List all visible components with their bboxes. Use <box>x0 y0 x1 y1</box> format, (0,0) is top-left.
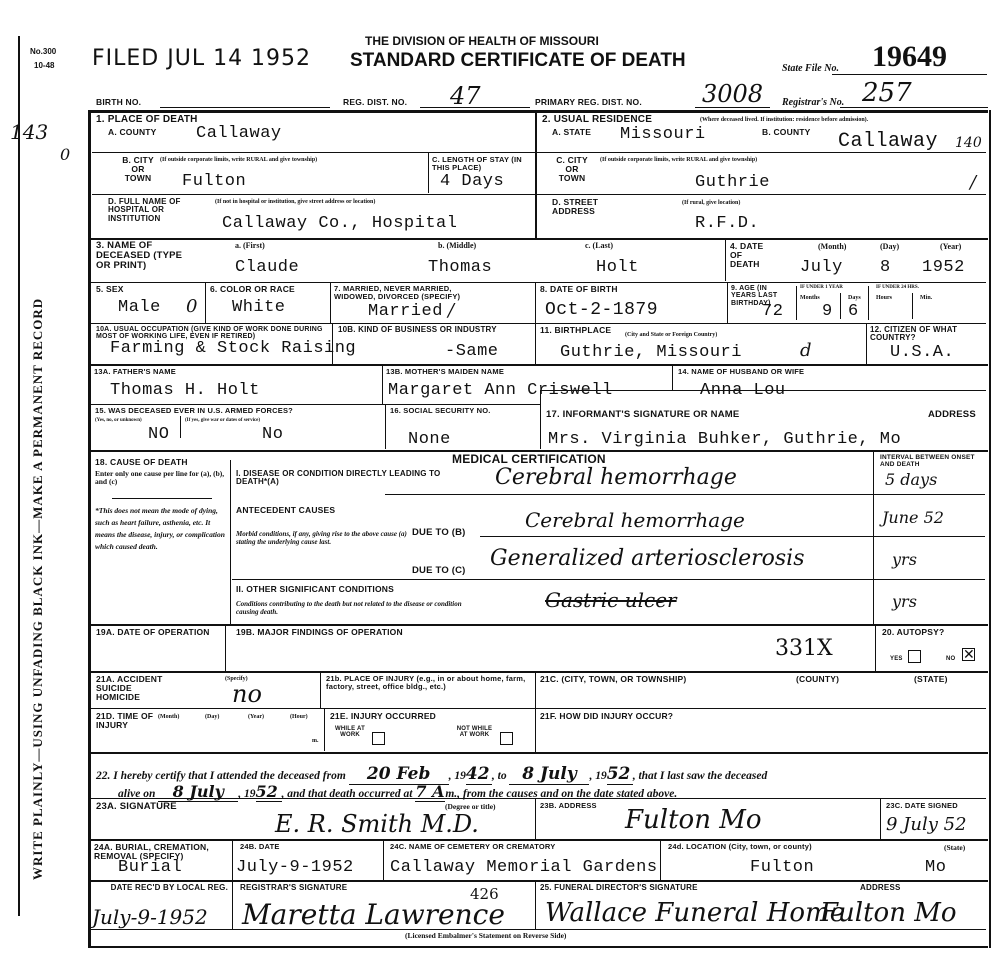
filed-stamp: FILED JUL 14 1952 <box>92 46 311 71</box>
injury-type-label: 21a. ACCIDENT SUICIDE HOMICIDE <box>96 675 168 702</box>
col-divider <box>332 324 333 364</box>
interval-b: June 52 <box>882 508 944 527</box>
autopsy-no-checkbox[interactable]: ✕ <box>962 646 975 664</box>
col-divider <box>725 239 726 281</box>
dod-year-value: 1952 <box>922 258 965 277</box>
col-divider <box>232 840 233 880</box>
col-divider <box>225 625 226 671</box>
col-divider <box>535 881 536 929</box>
autopsy-no-label: NO <box>946 656 955 662</box>
informant-address-label: ADDRESS <box>928 410 976 420</box>
autopsy-yes-label: YES <box>890 656 903 662</box>
interval-a: 5 days <box>885 470 937 489</box>
alive-on-date: 8 July <box>158 782 238 802</box>
state-file-underline <box>832 74 987 75</box>
cemetery-value: Callaway Memorial Gardens <box>390 858 658 877</box>
burial-state-value: Mo <box>925 858 946 877</box>
date-of-death-label: 4. DATE OF DEATH <box>730 242 768 269</box>
rule <box>537 152 986 153</box>
reg-dist-number: 47 <box>450 82 481 110</box>
col-divider <box>230 460 231 625</box>
burial-date-value: July-9-1952 <box>236 858 354 877</box>
rule <box>90 798 986 799</box>
rule <box>90 323 986 324</box>
col-divider <box>382 366 383 404</box>
col-divider <box>727 283 728 323</box>
other-conditions-note: Conditions contributing to the death but… <box>236 600 476 616</box>
rule <box>232 579 480 580</box>
operation-findings-label: 19b. MAJOR FINDINGS OF OPERATION <box>236 628 403 637</box>
state-file-number: 19649 <box>872 40 947 74</box>
spouse-label: 14. NAME OF HUSBAND OR WIFE <box>678 368 804 376</box>
rule <box>92 194 535 195</box>
col-divider <box>383 840 384 880</box>
registrar-signature-label: REGISTRAR'S SIGNATURE <box>240 884 347 892</box>
burial-location-value: Fulton <box>750 858 814 877</box>
burial-date-label: 24b. DATE <box>240 843 280 851</box>
col-divider <box>912 293 913 319</box>
date-received-value: July-9-1952 <box>92 905 208 929</box>
business-value: -Same <box>445 342 499 361</box>
decedent-name-label: 3. NAME OF DECEASED (Type or Print) <box>96 241 186 271</box>
cause-b-value: Cerebral hemorrhage <box>525 508 745 532</box>
rule <box>537 194 986 195</box>
other-conditions-label: II. OTHER SIGNIFICANT CONDITIONS <box>236 585 394 594</box>
injury-how-label: 21f. HOW DID INJURY OCCUR? <box>540 712 673 721</box>
rule <box>88 238 988 240</box>
registrar-signature: Maretta Lawrence <box>242 898 505 931</box>
citizen-value: U.S.A. <box>890 343 954 362</box>
first-name-label: a. (First) <box>235 242 265 251</box>
days-value: 6 <box>848 302 859 321</box>
armed-note-2: (If yes, give war or dates of service) <box>185 418 260 424</box>
burial-location-label: 24d. LOCATION (City, town, or county) <box>668 843 812 851</box>
rule <box>88 839 988 841</box>
certify-text-3: , to <box>492 770 507 782</box>
marital-value: Married <box>368 302 443 321</box>
rule <box>88 624 988 626</box>
rule <box>480 536 985 537</box>
operation-date-label: 19a. DATE OF OPERATION <box>96 628 216 637</box>
birth-no-label: BIRTH NO. <box>96 98 141 107</box>
race-value: White <box>232 298 286 317</box>
registrar-line <box>840 107 988 108</box>
interval-label: INTERVAL BETWEEN ONSET AND DEATH <box>880 455 984 469</box>
cause-c-value: Generalized arteriosclerosis <box>490 546 805 571</box>
death-time: 7 A <box>415 782 445 802</box>
disposition-value: Burial <box>118 858 182 877</box>
res-city-mark: / <box>970 172 976 193</box>
rule <box>92 152 535 153</box>
res-county-value: Callaway <box>838 130 938 153</box>
length-of-stay-value: 4 Days <box>440 172 504 191</box>
citizen-label: 12. CITIZEN OF WHAT COUNTRY? <box>870 326 988 343</box>
armed-forces-label: 15. WAS DECEASED EVER IN U.S. ARMED FORC… <box>95 407 293 415</box>
res-state-label: a. STATE <box>552 128 591 137</box>
primary-reg-line <box>695 107 770 108</box>
date-signed-value: 9 July 52 <box>886 814 967 835</box>
informant-label: 17. INFORMANT'S SIGNATURE OR NAME <box>546 410 739 420</box>
certify-text-5: , that I last saw the deceased <box>633 770 768 782</box>
dod-day-value: 8 <box>880 258 891 277</box>
ssn-value: None <box>408 430 451 449</box>
res-street-note: (If rural, give location) <box>682 200 740 207</box>
agency-name: THE DIVISION OF HEALTH OF MISSOURI <box>365 34 599 48</box>
certify-line-2: alive on 8 July, 1952, and that death oc… <box>118 782 677 802</box>
rule <box>112 498 212 499</box>
reg-dist-line <box>420 107 530 108</box>
last-name-value: Holt <box>596 258 639 277</box>
col-divider <box>672 366 673 390</box>
dod-month-label: (Month) <box>818 243 846 252</box>
col-divider <box>535 672 536 752</box>
armed-forces-value: NO <box>148 425 169 444</box>
hospital-value: Callaway Co., Hospital <box>222 214 457 233</box>
usual-residence-label: 2. USUAL RESIDENCE <box>542 115 652 126</box>
occupation-value: Farming & Stock Raising <box>110 339 356 358</box>
interval-c: yrs <box>892 550 917 569</box>
res-county-label: b. COUNTY <box>762 128 811 137</box>
medical-certification-title: MEDICAL CERTIFICATION <box>452 453 606 466</box>
rule <box>90 404 540 405</box>
death-county-label: a. COUNTY <box>108 128 157 137</box>
page-title: STANDARD CERTIFICATE OF DEATH <box>350 50 686 72</box>
injury-state-label: (STATE) <box>914 675 948 684</box>
col-divider <box>535 324 536 364</box>
birth-no-line <box>160 107 330 108</box>
injury-place-label: 21b. PLACE OF INJURY (e.g., in or about … <box>326 675 531 691</box>
col-divider <box>875 625 876 671</box>
col-divider <box>324 709 325 751</box>
business-label: 10b. KIND OF BUSINESS OR INDUSTRY <box>338 326 528 334</box>
funeral-director-signature: Wallace Funeral Home <box>545 898 845 928</box>
at-work-label: WHILE AT WORK <box>330 726 370 739</box>
dod-day-label: (Day) <box>880 243 899 252</box>
autopsy-yes-checkbox[interactable] <box>908 648 921 666</box>
middle-name-label: b. (Middle) <box>438 242 476 251</box>
rule <box>480 579 985 580</box>
days-label: Days <box>848 295 861 302</box>
ssn-label: 16. SOCIAL SECURITY NO. <box>390 407 530 415</box>
cemetery-label: 24c. NAME OF CEMETERY OR CREMATORY <box>390 843 555 851</box>
place-of-death-label: 1. PLACE OF DEATH <box>96 115 198 126</box>
cause-instruction: Enter only one cause per line for (a), (… <box>95 470 225 487</box>
father-label: 13a. FATHER'S NAME <box>94 368 176 376</box>
col-divider <box>868 286 869 320</box>
col-divider <box>428 153 429 193</box>
dob-label: 8. DATE OF BIRTH <box>540 285 618 294</box>
col-divider <box>880 799 881 839</box>
injury-county-label: (COUNTY) <box>796 675 839 684</box>
col-divider <box>205 283 206 323</box>
date-signed-label: 23c. DATE SIGNED <box>886 802 958 810</box>
col-divider <box>535 113 537 238</box>
signature-label: 23a. SIGNATURE <box>96 802 177 812</box>
months-value: 9 <box>822 302 833 321</box>
injury-year-label: (Year) <box>248 714 264 721</box>
funeral-address-label: ADDRESS <box>860 884 901 892</box>
age-value: 72 <box>762 302 783 321</box>
rule <box>88 364 988 366</box>
cause-of-death-label: 18. CAUSE OF DEATH <box>95 458 188 467</box>
form-number: No.300 <box>30 48 56 57</box>
margin-code-2: 0 <box>60 145 70 164</box>
rule <box>90 708 986 709</box>
interval-other: yrs <box>892 592 917 611</box>
certifier-address-label: 23b. ADDRESS <box>540 802 597 810</box>
last-name-label: c. (Last) <box>585 242 613 251</box>
death-city-label: b. CITY OR TOWN <box>118 156 158 183</box>
burial-state-label: (State) <box>944 844 965 852</box>
col-divider <box>866 324 867 364</box>
sex-value: Male <box>118 298 161 317</box>
rule <box>88 946 988 948</box>
reg-dist-label: REG. DIST. NO. <box>343 98 407 107</box>
col-divider <box>840 293 841 319</box>
death-city-note: (If outside corporate limits, write RURA… <box>160 157 400 164</box>
margin-code-1: 143 <box>10 120 48 144</box>
state-file-label: State File No. <box>782 63 839 74</box>
physician-signature: E. R. Smith M.D. <box>275 810 479 838</box>
form-revision: 10-48 <box>34 62 54 71</box>
col-divider <box>540 391 541 449</box>
col-divider <box>873 452 874 624</box>
funeral-director-label: 25. FUNERAL DIRECTOR'S SIGNATURE <box>540 884 698 892</box>
under-one-year-label: IF UNDER 1 YEAR <box>800 285 843 291</box>
col-divider <box>320 672 321 708</box>
col-divider <box>660 840 661 880</box>
injury-time-label: 21d. TIME OF INJURY <box>96 712 154 730</box>
middle-name-value: Thomas <box>428 258 492 277</box>
res-city-note: (If outside corporate limits, write RURA… <box>600 157 757 164</box>
res-state-value: Missouri <box>620 125 706 144</box>
col-divider <box>535 799 536 839</box>
injury-city-label: 21c. (CITY, TOWN, OR TOWNSHIP) <box>540 675 686 684</box>
col-divider <box>180 416 181 438</box>
funeral-address-value: Fulton Mo <box>820 898 957 928</box>
left-border-line <box>18 36 20 916</box>
dob-value: Oct-2-1879 <box>545 300 658 320</box>
race-label: 6. COLOR OR RACE <box>210 285 295 294</box>
registrar-code: 426 <box>470 885 499 903</box>
rule <box>90 282 986 283</box>
antecedent-note: Morbid conditions, if any, giving rise t… <box>236 530 416 546</box>
certifier-address: Fulton Mo <box>625 805 762 835</box>
armed-service-value: No <box>262 425 283 444</box>
cause-footnote: *This does not mean the mode of dying, s… <box>95 505 227 553</box>
rule <box>88 880 988 882</box>
injury-month-label: (Month) <box>158 714 179 721</box>
dod-year-label: (Year) <box>940 243 961 252</box>
usual-residence-note: (Where deceased lived. If institution: r… <box>700 117 990 124</box>
dod-month-value: July <box>800 258 843 277</box>
armed-note-1: (Yes, no, or unknown) <box>95 418 142 424</box>
primary-reg-number: 3008 <box>702 80 763 108</box>
rule <box>88 752 988 754</box>
primary-reg-label: PRIMARY REG. DIST. NO. <box>535 98 642 107</box>
birthplace-value: Guthrie, Missouri <box>560 343 742 362</box>
alive-on-year: 52 <box>256 782 282 802</box>
father-value: Thomas H. Holt <box>110 381 260 400</box>
due-to-c-label: DUE TO (c) <box>412 566 466 576</box>
certify-text-4: , 19 <box>589 770 606 782</box>
birthplace-mark: d <box>800 340 812 361</box>
col-divider <box>535 283 536 323</box>
col-divider <box>330 283 331 323</box>
due-to-b-label: DUE TO (b) <box>412 528 466 538</box>
res-city-value: Guthrie <box>695 173 770 192</box>
operation-code: 331X <box>775 636 833 661</box>
col-divider <box>232 881 233 929</box>
under-24-hrs-label: IF UNDER 24 HRS. <box>876 285 919 291</box>
col-divider <box>796 286 797 320</box>
injury-hour-label: (Hour) <box>290 714 308 721</box>
rule <box>88 110 988 113</box>
injury-m-label: m. <box>312 738 319 745</box>
birthplace-label: 11. BIRTHPLACE <box>540 326 611 335</box>
mother-label: 13b. MOTHER'S MAIDEN NAME <box>386 368 504 376</box>
not-at-work-checkbox[interactable] <box>500 730 513 748</box>
embalmer-note: (Licensed Embalmer's Statement on Revers… <box>405 932 566 940</box>
minutes-label: Min. <box>920 295 932 302</box>
birthplace-note: (City and State or Foreign Country) <box>625 332 717 339</box>
at-work-checkbox[interactable] <box>372 730 385 748</box>
rule <box>385 494 985 495</box>
res-street-value: R.F.D. <box>695 214 759 233</box>
sex-mark: 0 <box>186 296 197 317</box>
injury-type-value: no <box>232 680 262 708</box>
cause-a-label: I. DISEASE OR CONDITION DIRECTLY LEADING… <box>236 470 466 487</box>
months-label: Months <box>800 295 820 302</box>
margin-instruction: WRITE PLAINLY—USING UNFADING BLACK INK—M… <box>30 298 46 880</box>
not-at-work-label: NOT WHILE AT WORK <box>452 726 497 739</box>
antecedent-causes-label: ANTECEDENT CAUSES <box>236 506 335 515</box>
hospital-note: (If not in hospital or institution, give… <box>215 199 375 206</box>
marital-label: 7. MARRIED, NEVER MARRIED, WIDOWED, DIVO… <box>334 285 494 301</box>
registrar-no-label: Registrar's No. <box>782 97 844 108</box>
res-county-code: 140 <box>955 135 982 151</box>
length-of-stay-label: c. LENGTH OF STAY (in this place) <box>432 156 532 172</box>
other-conditions-value: Gastric ulcer <box>545 588 677 612</box>
rule <box>88 671 988 673</box>
injury-occurred-label: 21e. INJURY OCCURRED <box>330 712 436 721</box>
injury-day-label: (Day) <box>205 714 219 721</box>
autopsy-label: 20. AUTOPSY? <box>882 628 944 637</box>
certify-text-1: 22. I hereby certify that I attended the… <box>96 770 346 782</box>
first-name-value: Claude <box>235 258 299 277</box>
cause-a-value: Cerebral hemorrhage <box>495 465 737 490</box>
res-city-label: c. CITY OR TOWN <box>552 156 592 183</box>
sex-label: 5. SEX <box>96 285 124 294</box>
marital-mark: / <box>448 300 454 321</box>
rule <box>90 929 986 930</box>
hospital-label: d. FULL NAME OF HOSPITAL OR INSTITUTION <box>108 198 213 223</box>
informant-value: Mrs. Virginia Buhker, Guthrie, Mo <box>548 430 901 449</box>
certify-text-2: , 19 <box>449 770 466 782</box>
hours-label: Hours <box>876 295 892 302</box>
col-divider <box>385 405 386 449</box>
date-received-label: DATE REC'D BY LOCAL REG. <box>96 884 228 892</box>
death-city-value: Fulton <box>182 172 246 191</box>
res-street-label: d. STREET ADDRESS <box>552 198 612 216</box>
death-county-value: Callaway <box>196 124 282 143</box>
registrar-number: 257 <box>862 78 912 108</box>
rule <box>540 390 986 391</box>
